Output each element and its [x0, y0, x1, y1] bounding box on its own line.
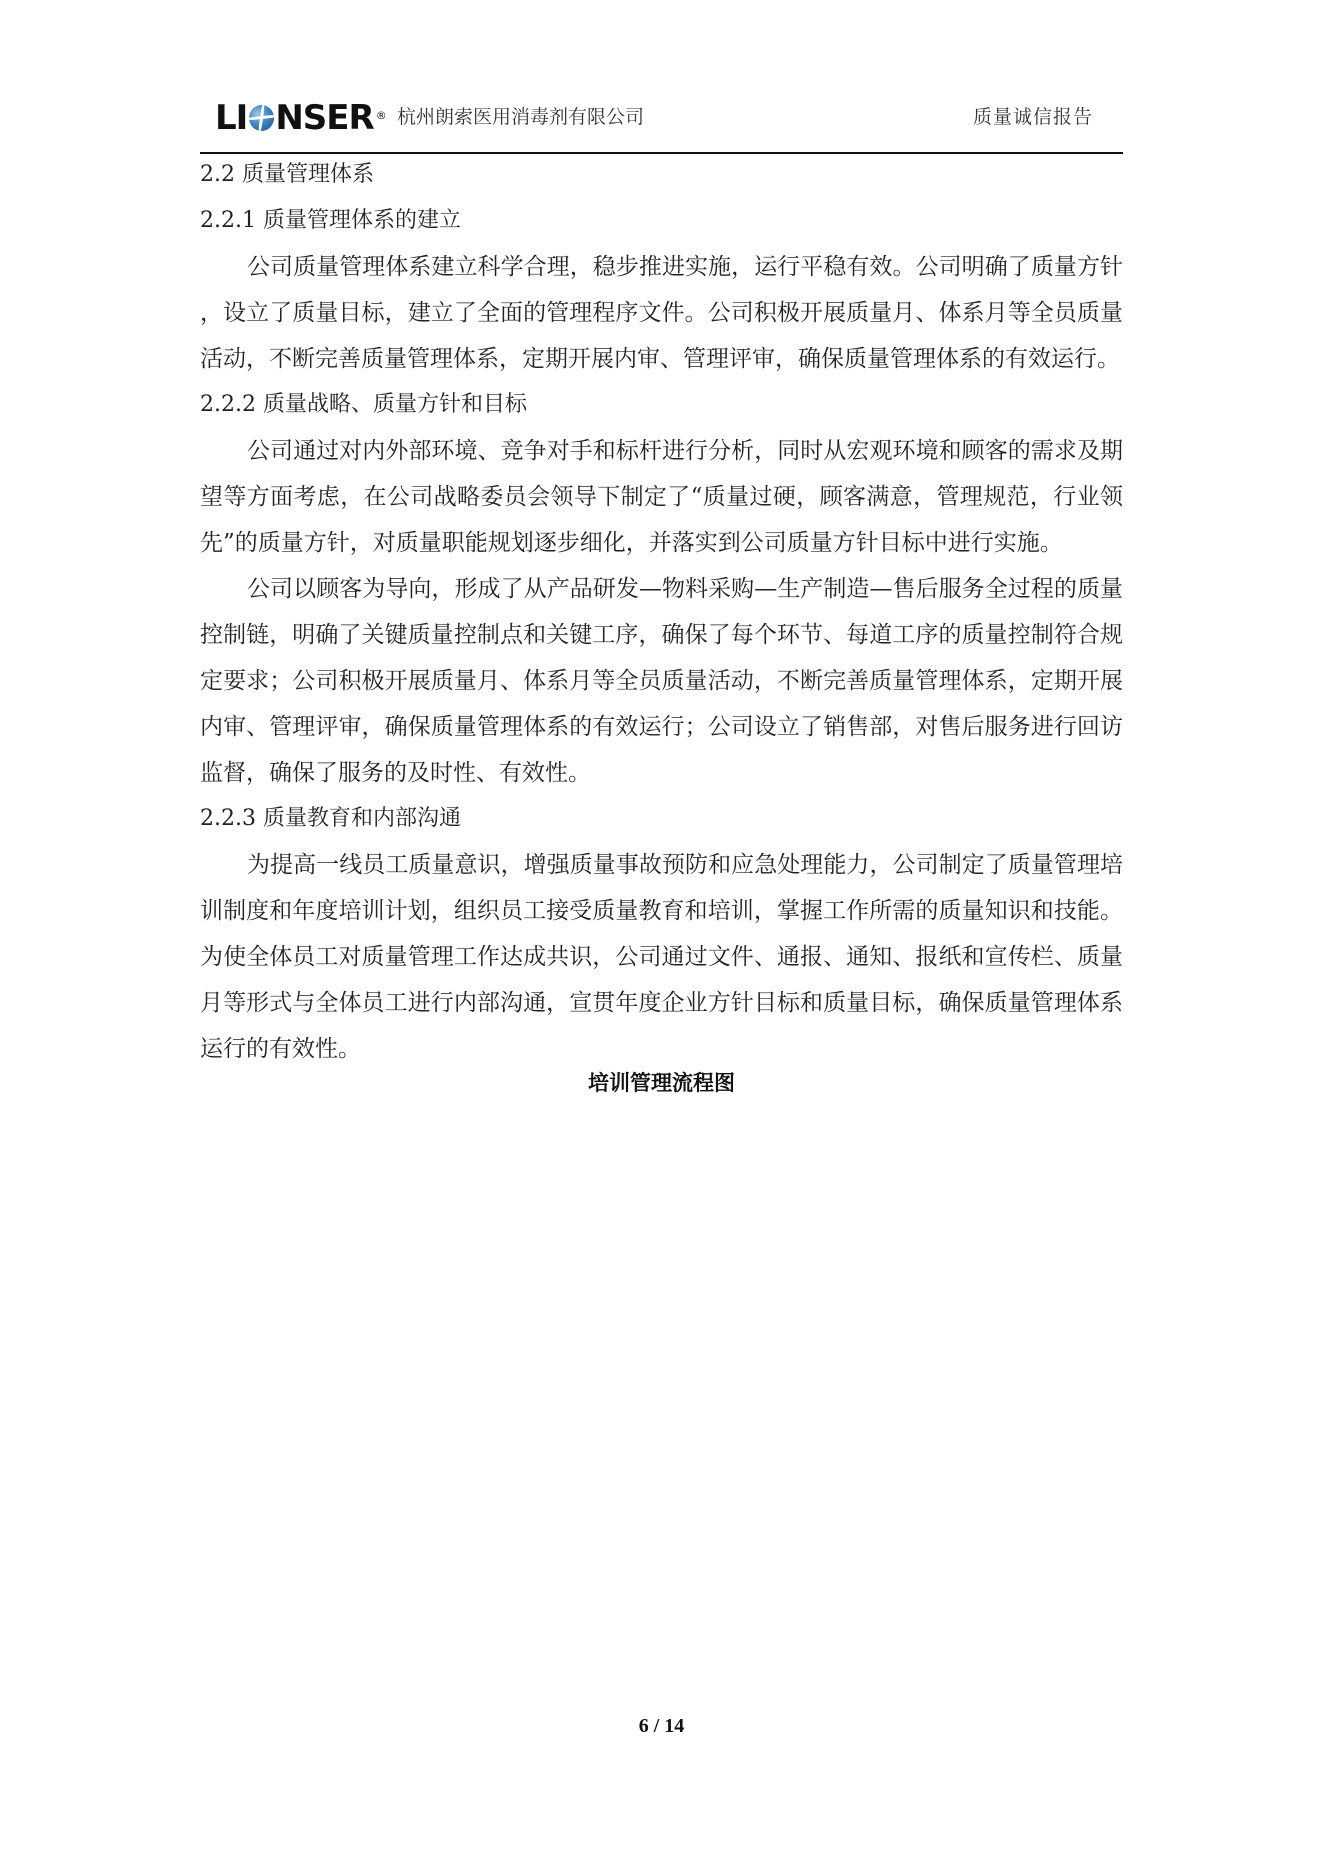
paragraph-line: 先”的质量方针，对质量职能规划逐步细化，并落实到公司质量方针目标中进行实施。	[200, 520, 1123, 566]
page-number: 6 / 14	[0, 1715, 1323, 1738]
logo-text-right: NSER	[275, 100, 373, 136]
paragraph-line: 活动，不断完善质量管理体系，定期开展内审、管理评审，确保质量管理体系的有效运行。	[200, 336, 1123, 382]
company-logo: LI NSER ®	[215, 100, 386, 136]
paragraph-line: 望等方面考虑，在公司战略委员会领导下制定了“质量过硬，顾客满意，管理规范，行业领	[200, 474, 1123, 520]
section-heading: 2.2.1 质量管理体系的建立	[200, 198, 1123, 244]
paragraph: 公司以顾客为导向，形成了从产品研发—物料采购—生产制造—售后服务全过程的质量控制…	[200, 566, 1123, 796]
paragraph-line: ，设立了质量目标，建立了全面的管理程序文件。公司积极开展质量月、体系月等全员质量	[200, 290, 1123, 336]
document-title: 质量诚信报告	[973, 105, 1093, 129]
figure-caption: 培训管理流程图	[0, 1063, 1323, 1103]
paragraph-line: 定要求；公司积极开展质量月、体系月等全员质量活动，不断完善质量管理体系，定期开展	[200, 658, 1123, 704]
paragraph: 为提高一线员工质量意识，增强质量事故预防和应急处理能力，公司制定了质量管理培训制…	[200, 842, 1123, 1072]
section-heading: 2.2.2 质量战略、质量方针和目标	[200, 382, 1123, 428]
paragraph-line: 内审、管理评审，确保质量管理体系的有效运行；公司设立了销售部，对售后服务进行回访	[200, 704, 1123, 750]
section-heading: 2.2 质量管理体系	[200, 152, 1123, 198]
paragraph-line: 训制度和年度培训计划，组织员工接受质量教育和培训，掌握工作所需的质量知识和技能。	[200, 888, 1123, 934]
paragraph: 公司通过对内外部环境、竞争对手和标杆进行分析，同时从宏观环境和顾客的需求及期望等…	[200, 428, 1123, 566]
paragraph: 公司质量管理体系建立科学合理，稳步推进实施，运行平稳有效。公司明确了质量方针，设…	[200, 244, 1123, 382]
paragraph-line: 公司通过对内外部环境、竞争对手和标杆进行分析，同时从宏观环境和顾客的需求及期	[200, 428, 1123, 474]
logo-text-left: LI	[215, 100, 247, 136]
paragraph-line: 控制链，明确了关键质量控制点和关键工序，确保了每个环节、每道工序的质量控制符合规	[200, 612, 1123, 658]
paragraph-line: 公司以顾客为导向，形成了从产品研发—物料采购—生产制造—售后服务全过程的质量	[200, 566, 1123, 612]
document-body: 2.2 质量管理体系2.2.1 质量管理体系的建立公司质量管理体系建立科学合理，…	[200, 152, 1123, 1072]
registered-mark: ®	[376, 98, 386, 134]
paragraph-line: 监督，确保了服务的及时性、有效性。	[200, 750, 1123, 796]
paragraph-line: 月等形式与全体员工进行内部沟通，宣贯年度企业方针目标和质量目标，确保质量管理体系	[200, 980, 1123, 1026]
paragraph-line: 为使全体员工对质量管理工作达成共识，公司通过文件、通报、通知、报纸和宣传栏、质量	[200, 934, 1123, 980]
paragraph-line: 公司质量管理体系建立科学合理，稳步推进实施，运行平稳有效。公司明确了质量方针	[200, 244, 1123, 290]
section-heading: 2.2.3 质量教育和内部沟通	[200, 796, 1123, 842]
globe-icon	[249, 105, 274, 131]
company-name: 杭州朗索医用消毒剂有限公司	[397, 105, 644, 129]
paragraph-line: 为提高一线员工质量意识，增强质量事故预防和应急处理能力，公司制定了质量管理培	[200, 842, 1123, 888]
page-header: LI NSER ® 杭州朗索医用消毒剂有限公司 质量诚信报告	[200, 96, 1123, 140]
